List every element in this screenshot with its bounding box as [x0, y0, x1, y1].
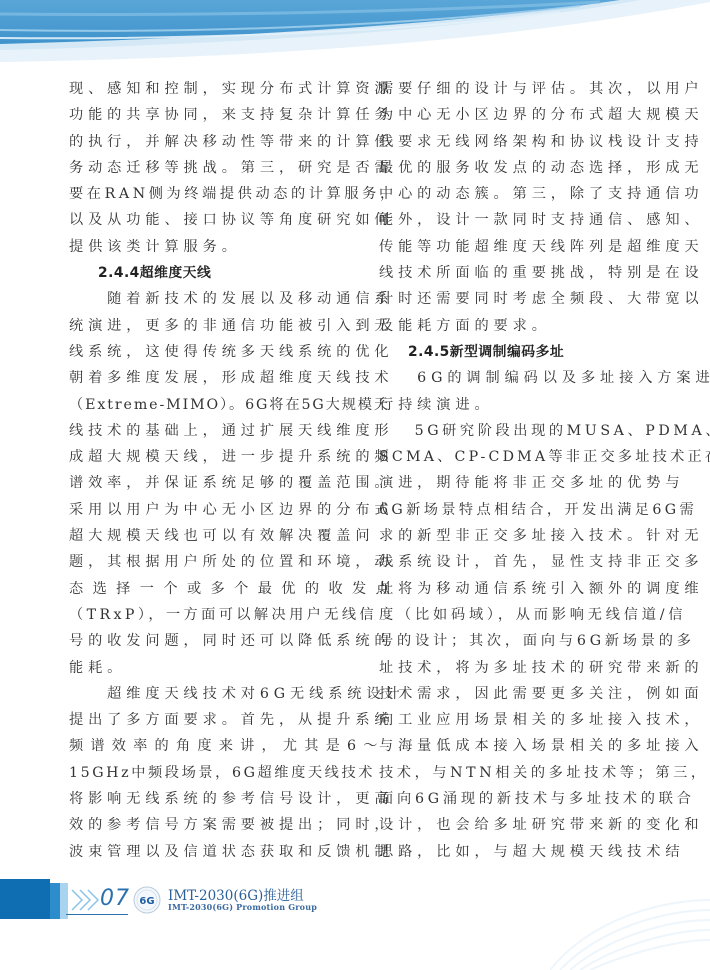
- text-line: 统演进，更多的非通信功能被引入到无: [69, 313, 341, 339]
- text-line: 题，其根据用户所处的位置和环境，动: [69, 549, 341, 575]
- text-line: 与海量低成本接入场景相关的多址接入: [379, 733, 651, 759]
- text-line: 谱效率，并保证系统足够的覆盖范围。: [69, 470, 341, 496]
- text-line: 中心的动态簇。第三，除了支持通信功: [379, 181, 651, 207]
- text-line: 传能等功能超维度天线阵列是超维度天: [379, 234, 651, 260]
- section-heading-2-4-4: 2.4.4超维度天线: [69, 260, 341, 286]
- text-line: 设计，也会给多址研究带来新的变化和: [379, 812, 651, 838]
- right-column: 需要仔细的设计与评估。其次，以用户 为中心无小区边界的分布式超大规模天 线要求无…: [379, 76, 651, 865]
- text-line: 线技术的基础上，通过扩展天线维度形: [69, 418, 341, 444]
- text-line: 6G新场景特点相结合，开发出满足6G需: [379, 497, 651, 523]
- text-line: 向工业应用场景相关的多址接入技术，: [379, 707, 651, 733]
- text-line: 为中心无小区边界的分布式超大规模天: [379, 102, 651, 128]
- text-line: 最优的服务收发点的动态选择，形成无: [379, 155, 651, 181]
- text-line: 功能的共享协同，来支持复杂计算任务: [69, 102, 341, 128]
- text-line: 提出了多方面要求。首先，从提升系统: [69, 707, 341, 733]
- text-line: 5G研究阶段出现的MUSA、PDMA、: [379, 418, 651, 444]
- page-number: 07: [100, 886, 130, 911]
- text-line: 成超大规模天线，进一步提升系统的频: [69, 444, 341, 470]
- footer-bar-mid: [50, 883, 60, 919]
- text-line: 线技术所面临的重要挑战，特别是在设: [379, 260, 651, 286]
- text-line: 号的设计；其次，面向与6G新场景的多: [379, 628, 651, 654]
- footer-bar-dark: [0, 879, 50, 919]
- corner-arc-decoration: [550, 880, 710, 970]
- org-name: IMT-2030(6G)推进组: [168, 884, 304, 904]
- text-line: 线系统，这使得传统多天线系统的优化: [69, 339, 341, 365]
- text-line: 以及从功能、接口协议等角度研究如何: [69, 207, 341, 233]
- text-line: 行持续演进。: [379, 392, 651, 418]
- text-line: 采用以用户为中心无小区边界的分布式: [69, 497, 341, 523]
- logo-text: 6G: [139, 896, 154, 907]
- text-line: 超大规模天线也可以有效解决覆盖问: [69, 523, 341, 549]
- text-line: SCMA、CP-CDMA等非正交多址技术正在: [379, 444, 651, 470]
- text-line: 随着新技术的发展以及移动通信系: [69, 286, 341, 312]
- text-line: 6G的调制编码以及多址接入方案进: [379, 365, 651, 391]
- text-line: 址将为移动通信系统引入额外的调度维: [379, 576, 651, 602]
- text-line: 演进，期待能将非正交多址的优势与: [379, 470, 651, 496]
- text-line: 将影响无线系统的参考信号设计，更高: [69, 786, 341, 812]
- text-line: 求的新型非正交多址接入技术。针对无: [379, 523, 651, 549]
- text-line: 度（比如码域），从而影响无线信道/信: [379, 602, 651, 628]
- left-column: 现、感知和控制，实现分布式计算资源 功能的共享协同，来支持复杂计算任务 的执行，…: [69, 76, 341, 865]
- org-name-english: IMT-2030(6G) Promotion Group: [168, 902, 317, 912]
- text-line: 要在RAN侧为终端提供动态的计算服务，: [69, 181, 341, 207]
- text-line: 频谱效率的角度来讲，尤其是6～: [69, 733, 341, 759]
- text-line: 提供该类计算服务。: [69, 234, 341, 260]
- text-line: 技术需求，因此需要更多关注，例如面: [379, 681, 651, 707]
- chevron-right-icon: [70, 884, 102, 916]
- text-line: 效的参考信号方案需要被提出；同时，: [69, 812, 341, 838]
- text-line: （Extreme-MIMO）。6G将在5G大规模天: [69, 392, 341, 418]
- text-line: 的执行，并解决移动性等带来的计算任: [69, 129, 341, 155]
- text-line: 需要仔细的设计与评估。其次，以用户: [379, 76, 651, 102]
- section-heading-2-4-5: 2.4.5新型调制编码多址: [379, 339, 651, 365]
- text-line: 波束管理以及信道状态获取和反馈机制: [69, 839, 341, 865]
- text-line: 超维度天线技术对6G无线系统设计: [69, 681, 341, 707]
- text-line: 址技术，将为多址技术的研究带来新的: [379, 655, 651, 681]
- text-line: 现、感知和控制，实现分布式计算资源: [69, 76, 341, 102]
- text-line: 技术，与NTN相关的多址技术等；第三，: [379, 760, 651, 786]
- header-wave-banner: [0, 0, 710, 80]
- page-number-underline: [66, 914, 128, 915]
- text-line: 线系统设计，首先，显性支持非正交多: [379, 549, 651, 575]
- text-line: 务动态迁移等挑战。第三，研究是否需: [69, 155, 341, 181]
- text-line: （TRxP），一方面可以解决用户无线信: [69, 602, 341, 628]
- text-line: 朝着多维度发展，形成超维度天线技术: [69, 365, 341, 391]
- text-line: 及能耗方面的要求。: [379, 313, 651, 339]
- text-line: 15GHz中频段场景，6G超维度天线技术: [69, 760, 341, 786]
- text-line: 态选择一个或多个最优的收发点: [69, 576, 341, 602]
- text-line: 能耗。: [69, 655, 341, 681]
- text-line: 思路，比如，与超大规模天线技术结: [379, 839, 651, 865]
- text-line: 线要求无线网络架构和协议栈设计支持: [379, 129, 651, 155]
- text-line: 计时还需要同时考虑全频段、大带宽以: [379, 286, 651, 312]
- text-line: 面向6G涌现的新技术与多址技术的联合: [379, 786, 651, 812]
- text-line: 能外，设计一款同时支持通信、感知、: [379, 207, 651, 233]
- text-line: 号的收发问题，同时还可以降低系统的: [69, 628, 341, 654]
- imt-2030-logo-icon: 6G: [133, 886, 161, 914]
